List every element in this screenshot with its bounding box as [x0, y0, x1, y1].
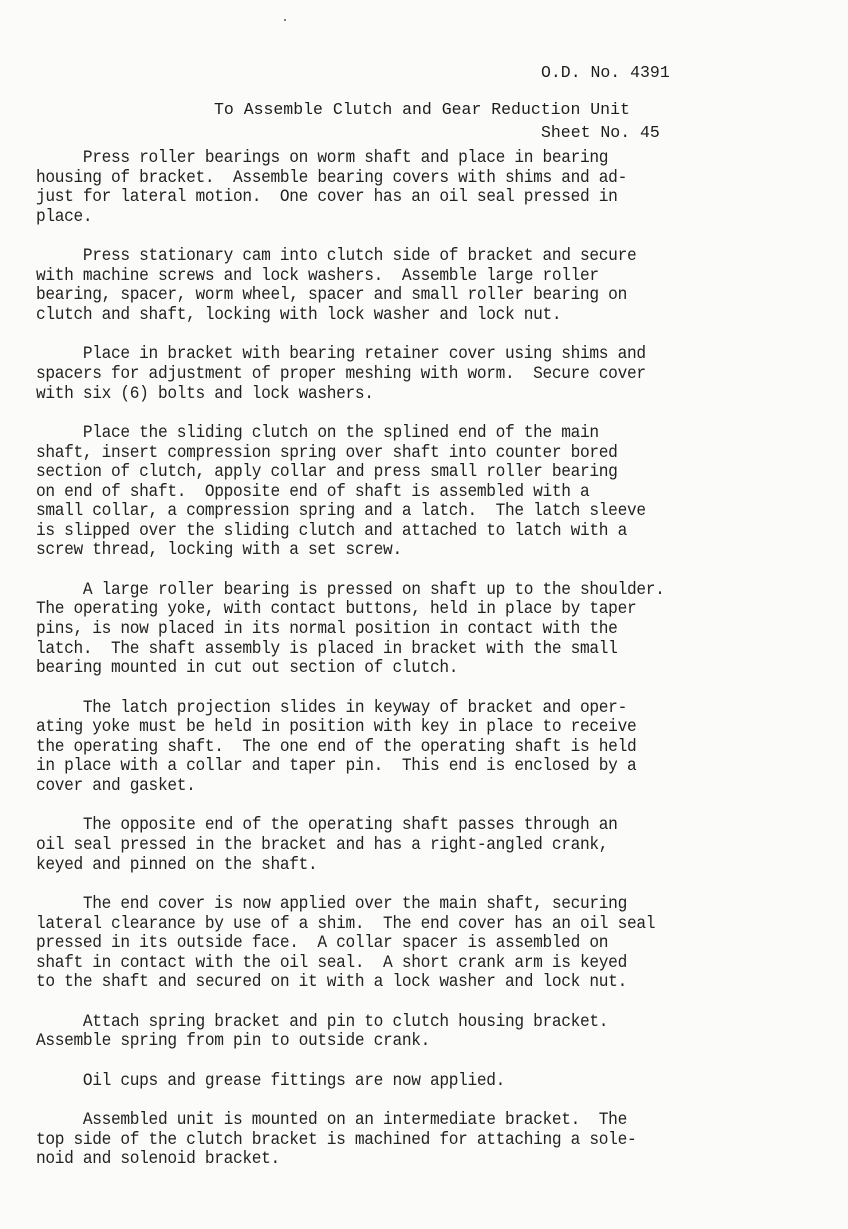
text-line: screw thread, locking with a set screw.	[36, 541, 780, 561]
text-line: is slipped over the sliding clutch and a…	[36, 522, 780, 542]
text-line: Press roller bearings on worm shaft and …	[36, 149, 780, 169]
paragraph: The latch projection slides in keyway of…	[36, 699, 836, 797]
paragraph-gap	[36, 993, 836, 1013]
text-line: Place in bracket with bearing retainer c…	[36, 345, 780, 365]
text-line: on end of shaft. Opposite end of shaft i…	[36, 483, 780, 503]
text-line: lateral clearance by use of a shim. The …	[36, 915, 780, 935]
paragraph: Place in bracket with bearing retainer c…	[36, 345, 836, 404]
paragraph-gap	[36, 404, 836, 424]
paragraph: Place the sliding clutch on the splined …	[36, 424, 836, 561]
paragraph-gap	[36, 1091, 836, 1111]
text-line: small collar, a compression spring and a…	[36, 502, 780, 522]
text-line: to the shaft and secured on it with a lo…	[36, 973, 780, 993]
text-line: top side of the clutch bracket is machin…	[36, 1131, 780, 1151]
text-line: bearing mounted in cut out section of cl…	[36, 659, 780, 679]
text-line: The latch projection slides in keyway of…	[36, 699, 780, 719]
paragraph: Press stationary cam into clutch side of…	[36, 247, 836, 325]
text-line: in place with a collar and taper pin. Th…	[36, 757, 780, 777]
text-line: The opposite end of the operating shaft …	[36, 816, 780, 836]
paragraph: Attach spring bracket and pin to clutch …	[36, 1013, 836, 1052]
text-line: pressed in its outside face. A collar sp…	[36, 934, 780, 954]
text-line: with six (6) bolts and lock washers.	[36, 385, 780, 405]
text-line: just for lateral motion. One cover has a…	[36, 188, 780, 208]
paragraph: A large roller bearing is pressed on sha…	[36, 581, 836, 679]
text-line: ating yoke must be held in position with…	[36, 718, 780, 738]
paragraph-gap	[36, 797, 836, 817]
paragraph: Press roller bearings on worm shaft and …	[36, 149, 836, 227]
document-title: To Assemble Clutch and Gear Reduction Un…	[214, 100, 630, 120]
paragraph: The end cover is now applied over the ma…	[36, 895, 836, 993]
paper-speck	[284, 19, 286, 21]
document-header: O.D. No. 4391 Sheet No. 45	[541, 23, 670, 163]
text-line: The operating yoke, with contact buttons…	[36, 600, 780, 620]
text-line: cover and gasket.	[36, 777, 780, 797]
text-line: place.	[36, 208, 780, 228]
text-line: shaft in contact with the oil seal. A sh…	[36, 954, 780, 974]
text-line: clutch and shaft, locking with lock wash…	[36, 306, 780, 326]
paragraph: Assembled unit is mounted on an intermed…	[36, 1111, 836, 1170]
text-line: The end cover is now applied over the ma…	[36, 895, 780, 915]
text-line: bearing, spacer, worm wheel, spacer and …	[36, 286, 780, 306]
text-line: latch. The shaft assembly is placed in b…	[36, 640, 780, 660]
text-line: pins, is now placed in its normal positi…	[36, 620, 780, 640]
text-line: A large roller bearing is pressed on sha…	[36, 581, 780, 601]
paragraph-gap	[36, 679, 836, 699]
text-line: housing of bracket. Assemble bearing cov…	[36, 169, 780, 189]
text-line: Place the sliding clutch on the splined …	[36, 424, 780, 444]
paragraph: Oil cups and grease fittings are now app…	[36, 1072, 836, 1092]
text-line: Attach spring bracket and pin to clutch …	[36, 1013, 780, 1033]
text-line: Assembled unit is mounted on an intermed…	[36, 1111, 780, 1131]
text-line: section of clutch, apply collar and pres…	[36, 463, 780, 483]
sheet-number: Sheet No. 45	[541, 123, 670, 143]
text-line: keyed and pinned on the shaft.	[36, 856, 780, 876]
text-line: Assemble spring from pin to outside cran…	[36, 1032, 780, 1052]
paragraph-gap	[36, 326, 836, 346]
paragraph-gap	[36, 561, 836, 581]
text-line: Oil cups and grease fittings are now app…	[36, 1072, 780, 1092]
paragraph: The opposite end of the operating shaft …	[36, 816, 836, 875]
text-line: shaft, insert compression spring over sh…	[36, 444, 780, 464]
text-line: with machine screws and lock washers. As…	[36, 267, 780, 287]
text-line: Press stationary cam into clutch side of…	[36, 247, 780, 267]
document-body: Press roller bearings on worm shaft and …	[36, 149, 836, 1170]
paragraph-gap	[36, 1052, 836, 1072]
text-line: spacers for adjustment of proper meshing…	[36, 365, 780, 385]
paragraph-gap	[36, 227, 836, 247]
text-line: the operating shaft. The one end of the …	[36, 738, 780, 758]
text-line: noid and solenoid bracket.	[36, 1150, 780, 1170]
paragraph-gap	[36, 875, 836, 895]
text-line: oil seal pressed in the bracket and has …	[36, 836, 780, 856]
od-number: O.D. No. 4391	[541, 63, 670, 83]
